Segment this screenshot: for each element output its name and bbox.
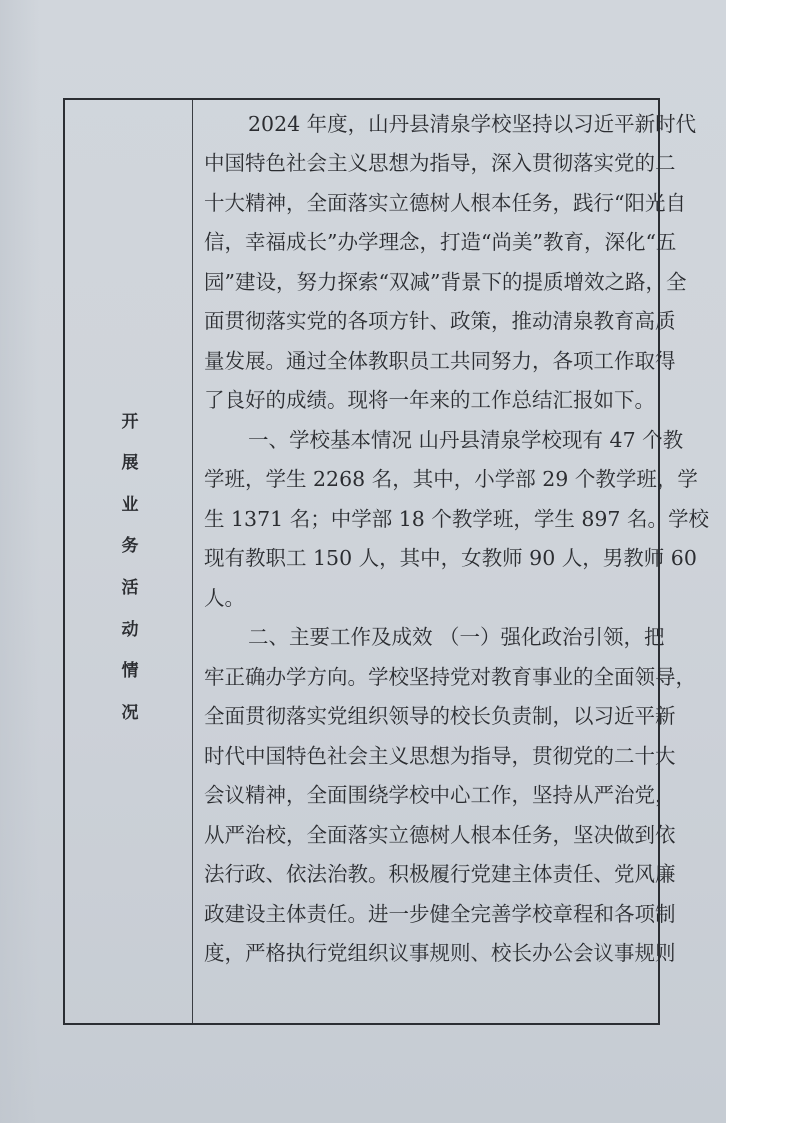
- body-line: 牢正确办学方向。学校坚持党对教育事业的全面领导，: [204, 662, 648, 692]
- section-label-char: 情: [65, 661, 195, 681]
- body-line: 中国特色社会主义思想为指导，深入贯彻落实党的二: [204, 148, 648, 178]
- body-line: 量发展。通过全体教职员工共同努力，各项工作取得: [204, 346, 648, 376]
- scanned-page: 开 展 业 务 活 动 情 况 2024 年度，山丹县清泉学校坚持以习近平新时代…: [0, 0, 726, 1123]
- section-label-char: 况: [65, 703, 195, 723]
- section-label-char: 业: [65, 495, 195, 515]
- body-line: 现有教职工 150 人，其中，女教师 90 人，男教师 60: [204, 543, 648, 573]
- section-label-char: 动: [65, 620, 195, 640]
- body-line: 一、学校基本情况 山丹县清泉学校现有 47 个教: [248, 425, 648, 455]
- body-line: 从严治校，全面落实立德树人根本任务，坚决做到依: [204, 820, 648, 850]
- body-line: 时代中国特色社会主义思想为指导，贯彻党的二十大: [204, 741, 648, 771]
- body-line: 十大精神，全面落实立德树人根本任务，践行“阳光自: [204, 188, 648, 218]
- body-line: 信，幸福成长”办学理念，打造“尚美”教育，深化“五: [204, 227, 648, 257]
- section-label-char: 务: [65, 536, 195, 556]
- body-line: 全面贯彻落实党组织领导的校长负责制，以习近平新: [204, 701, 648, 731]
- body-line: 二、主要工作及成效 （一）强化政治引领，把: [248, 622, 648, 652]
- body-line: 面贯彻落实党的各项方针、政策，推动清泉教育高质: [204, 306, 648, 336]
- body-line: 生 1371 名；中学部 18 个教学班，学生 897 名。学校: [204, 504, 648, 534]
- body-line: 园”建设，努力探索“双减”背景下的提质增效之路，全: [204, 267, 648, 297]
- report-table: 开 展 业 务 活 动 情 况 2024 年度，山丹县清泉学校坚持以习近平新时代…: [63, 98, 660, 1025]
- body-line: 2024 年度，山丹县清泉学校坚持以习近平新时代: [248, 109, 648, 139]
- section-label-char: 开: [65, 412, 195, 432]
- body-line: 政建设主体责任。进一步健全完善学校章程和各项制: [204, 899, 648, 929]
- column-divider: [192, 100, 193, 1023]
- body-line: 度，严格执行党组织议事规则、校长办公会议事规则: [204, 938, 648, 968]
- body-line: 人。: [204, 583, 648, 613]
- section-label-cell: 开 展 业 务 活 动 情 况: [65, 100, 192, 1023]
- section-label-char: 活: [65, 578, 195, 598]
- body-line: 学班，学生 2268 名，其中，小学部 29 个教学班，学: [204, 464, 648, 494]
- body-line: 会议精神，全面围绕学校中心工作，坚持从严治党，: [204, 780, 648, 810]
- body-line: 了良好的成绩。现将一年来的工作总结汇报如下。: [204, 385, 648, 415]
- body-line: 法行政、依法治教。积极履行党建主体责任、党风廉: [204, 859, 648, 889]
- section-label-char: 展: [65, 453, 195, 473]
